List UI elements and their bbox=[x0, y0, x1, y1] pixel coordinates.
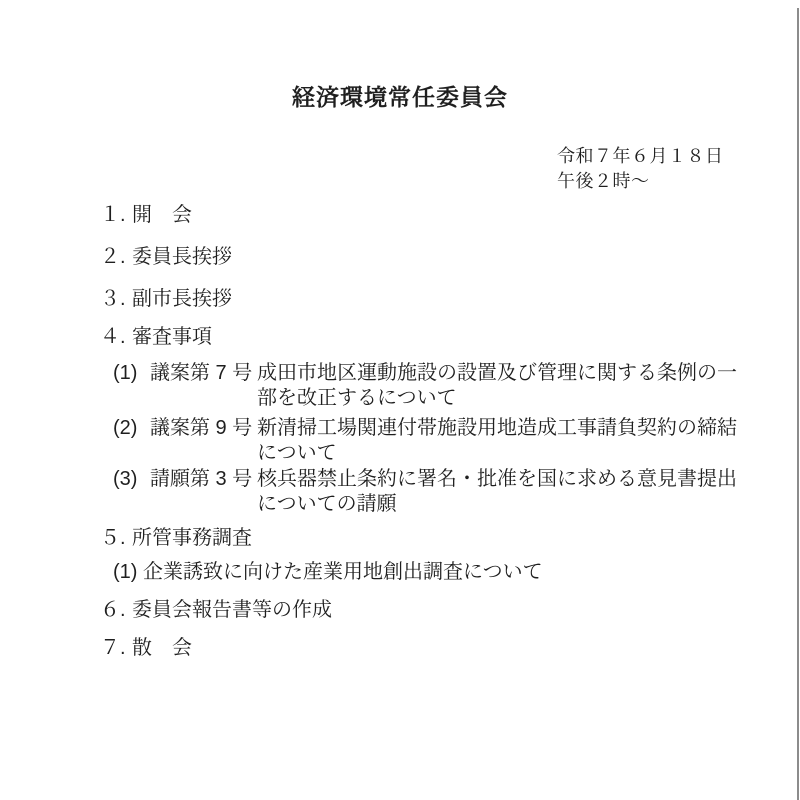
sub-item-prefix: (1) bbox=[113, 560, 143, 585]
case-subject-line2: について bbox=[257, 441, 741, 466]
sub-item-prefix: (3) bbox=[113, 467, 150, 492]
review-item-petition-3: (3) 請願第 3 号 核兵器禁止条約に署名・批准を国に求める意見書提出 につい… bbox=[113, 467, 741, 517]
item-label: 審査事項 bbox=[132, 325, 212, 349]
document-title: 経済環境常任委員会 bbox=[0, 79, 800, 112]
case-subject-line2: 部を改正するについて bbox=[257, 386, 741, 411]
item-number: ５. bbox=[100, 526, 132, 550]
case-subject: 核兵器禁止条約に署名・批准を国に求める意見書提出 についての請願 bbox=[257, 467, 741, 517]
item-label: 散 会 bbox=[132, 636, 192, 660]
review-item-bill-9: (2) 議案第 9 号 新清掃工場関連付帯施設用地造成工事請負契約の締結 につい… bbox=[113, 416, 741, 466]
agenda-item-chair-greeting: ２. 委員長挨拶 bbox=[100, 245, 232, 269]
item-number: ２. bbox=[100, 245, 132, 269]
meeting-time: 午後２時～ bbox=[557, 169, 724, 194]
item-label: 委員長挨拶 bbox=[132, 245, 232, 269]
survey-item-text: 企業誘致に向けた産業用地創出調査について bbox=[143, 560, 543, 585]
item-number: ６. bbox=[100, 598, 132, 622]
meeting-date: 令和７年６月１８日 bbox=[557, 144, 724, 169]
review-item-bill-7: (1) 議案第 7 号 成田市地区運動施設の設置及び管理に関する条例の一 部を改… bbox=[113, 361, 741, 411]
case-subject: 成田市地区運動施設の設置及び管理に関する条例の一 部を改正するについて bbox=[257, 361, 741, 411]
case-subject-line1: 新清掃工場関連付帯施設用地造成工事請負契約の締結 bbox=[257, 416, 741, 441]
case-subject-line2: についての請願 bbox=[257, 492, 741, 517]
agenda-item-adjournment: ７. 散 会 bbox=[100, 636, 192, 660]
meeting-agenda-document: 経済環境常任委員会 令和７年６月１８日 午後２時～ １. 開 会 ２. 委員長挨… bbox=[0, 0, 800, 800]
item-label: 副市長挨拶 bbox=[132, 287, 232, 311]
item-number: １. bbox=[100, 203, 132, 227]
item-label: 開 会 bbox=[132, 203, 192, 227]
case-subject-line1: 核兵器禁止条約に署名・批准を国に求める意見書提出 bbox=[257, 467, 741, 492]
agenda-item-deputy-mayor-greeting: ３. 副市長挨拶 bbox=[100, 287, 232, 311]
item-number: ４. bbox=[100, 325, 132, 349]
item-label: 委員会報告書等の作成 bbox=[132, 598, 332, 622]
scan-edge-shadow bbox=[797, 8, 799, 800]
survey-item-industrial-land: (1) 企業誘致に向けた産業用地創出調査について bbox=[113, 560, 543, 585]
case-subject: 新清掃工場関連付帯施設用地造成工事請負契約の締結 について bbox=[257, 416, 741, 466]
item-number: ３. bbox=[100, 287, 132, 311]
agenda-item-opening: １. 開 会 bbox=[100, 203, 192, 227]
meeting-datetime: 令和７年６月１８日 午後２時～ bbox=[557, 144, 724, 194]
sub-item-prefix: (1) bbox=[113, 361, 150, 386]
case-number: 議案第 9 号 bbox=[150, 416, 257, 441]
agenda-item-committee-report: ６. 委員会報告書等の作成 bbox=[100, 598, 332, 622]
case-number: 請願第 3 号 bbox=[150, 467, 257, 492]
case-number: 議案第 7 号 bbox=[150, 361, 257, 386]
agenda-item-administrative-survey: ５. 所管事務調査 bbox=[100, 526, 252, 550]
case-subject-line1: 成田市地区運動施設の設置及び管理に関する条例の一 bbox=[257, 361, 741, 386]
sub-item-prefix: (2) bbox=[113, 416, 150, 441]
agenda-item-review-matters: ４. 審査事項 bbox=[100, 325, 212, 349]
item-number: ７. bbox=[100, 636, 132, 660]
item-label: 所管事務調査 bbox=[132, 526, 252, 550]
